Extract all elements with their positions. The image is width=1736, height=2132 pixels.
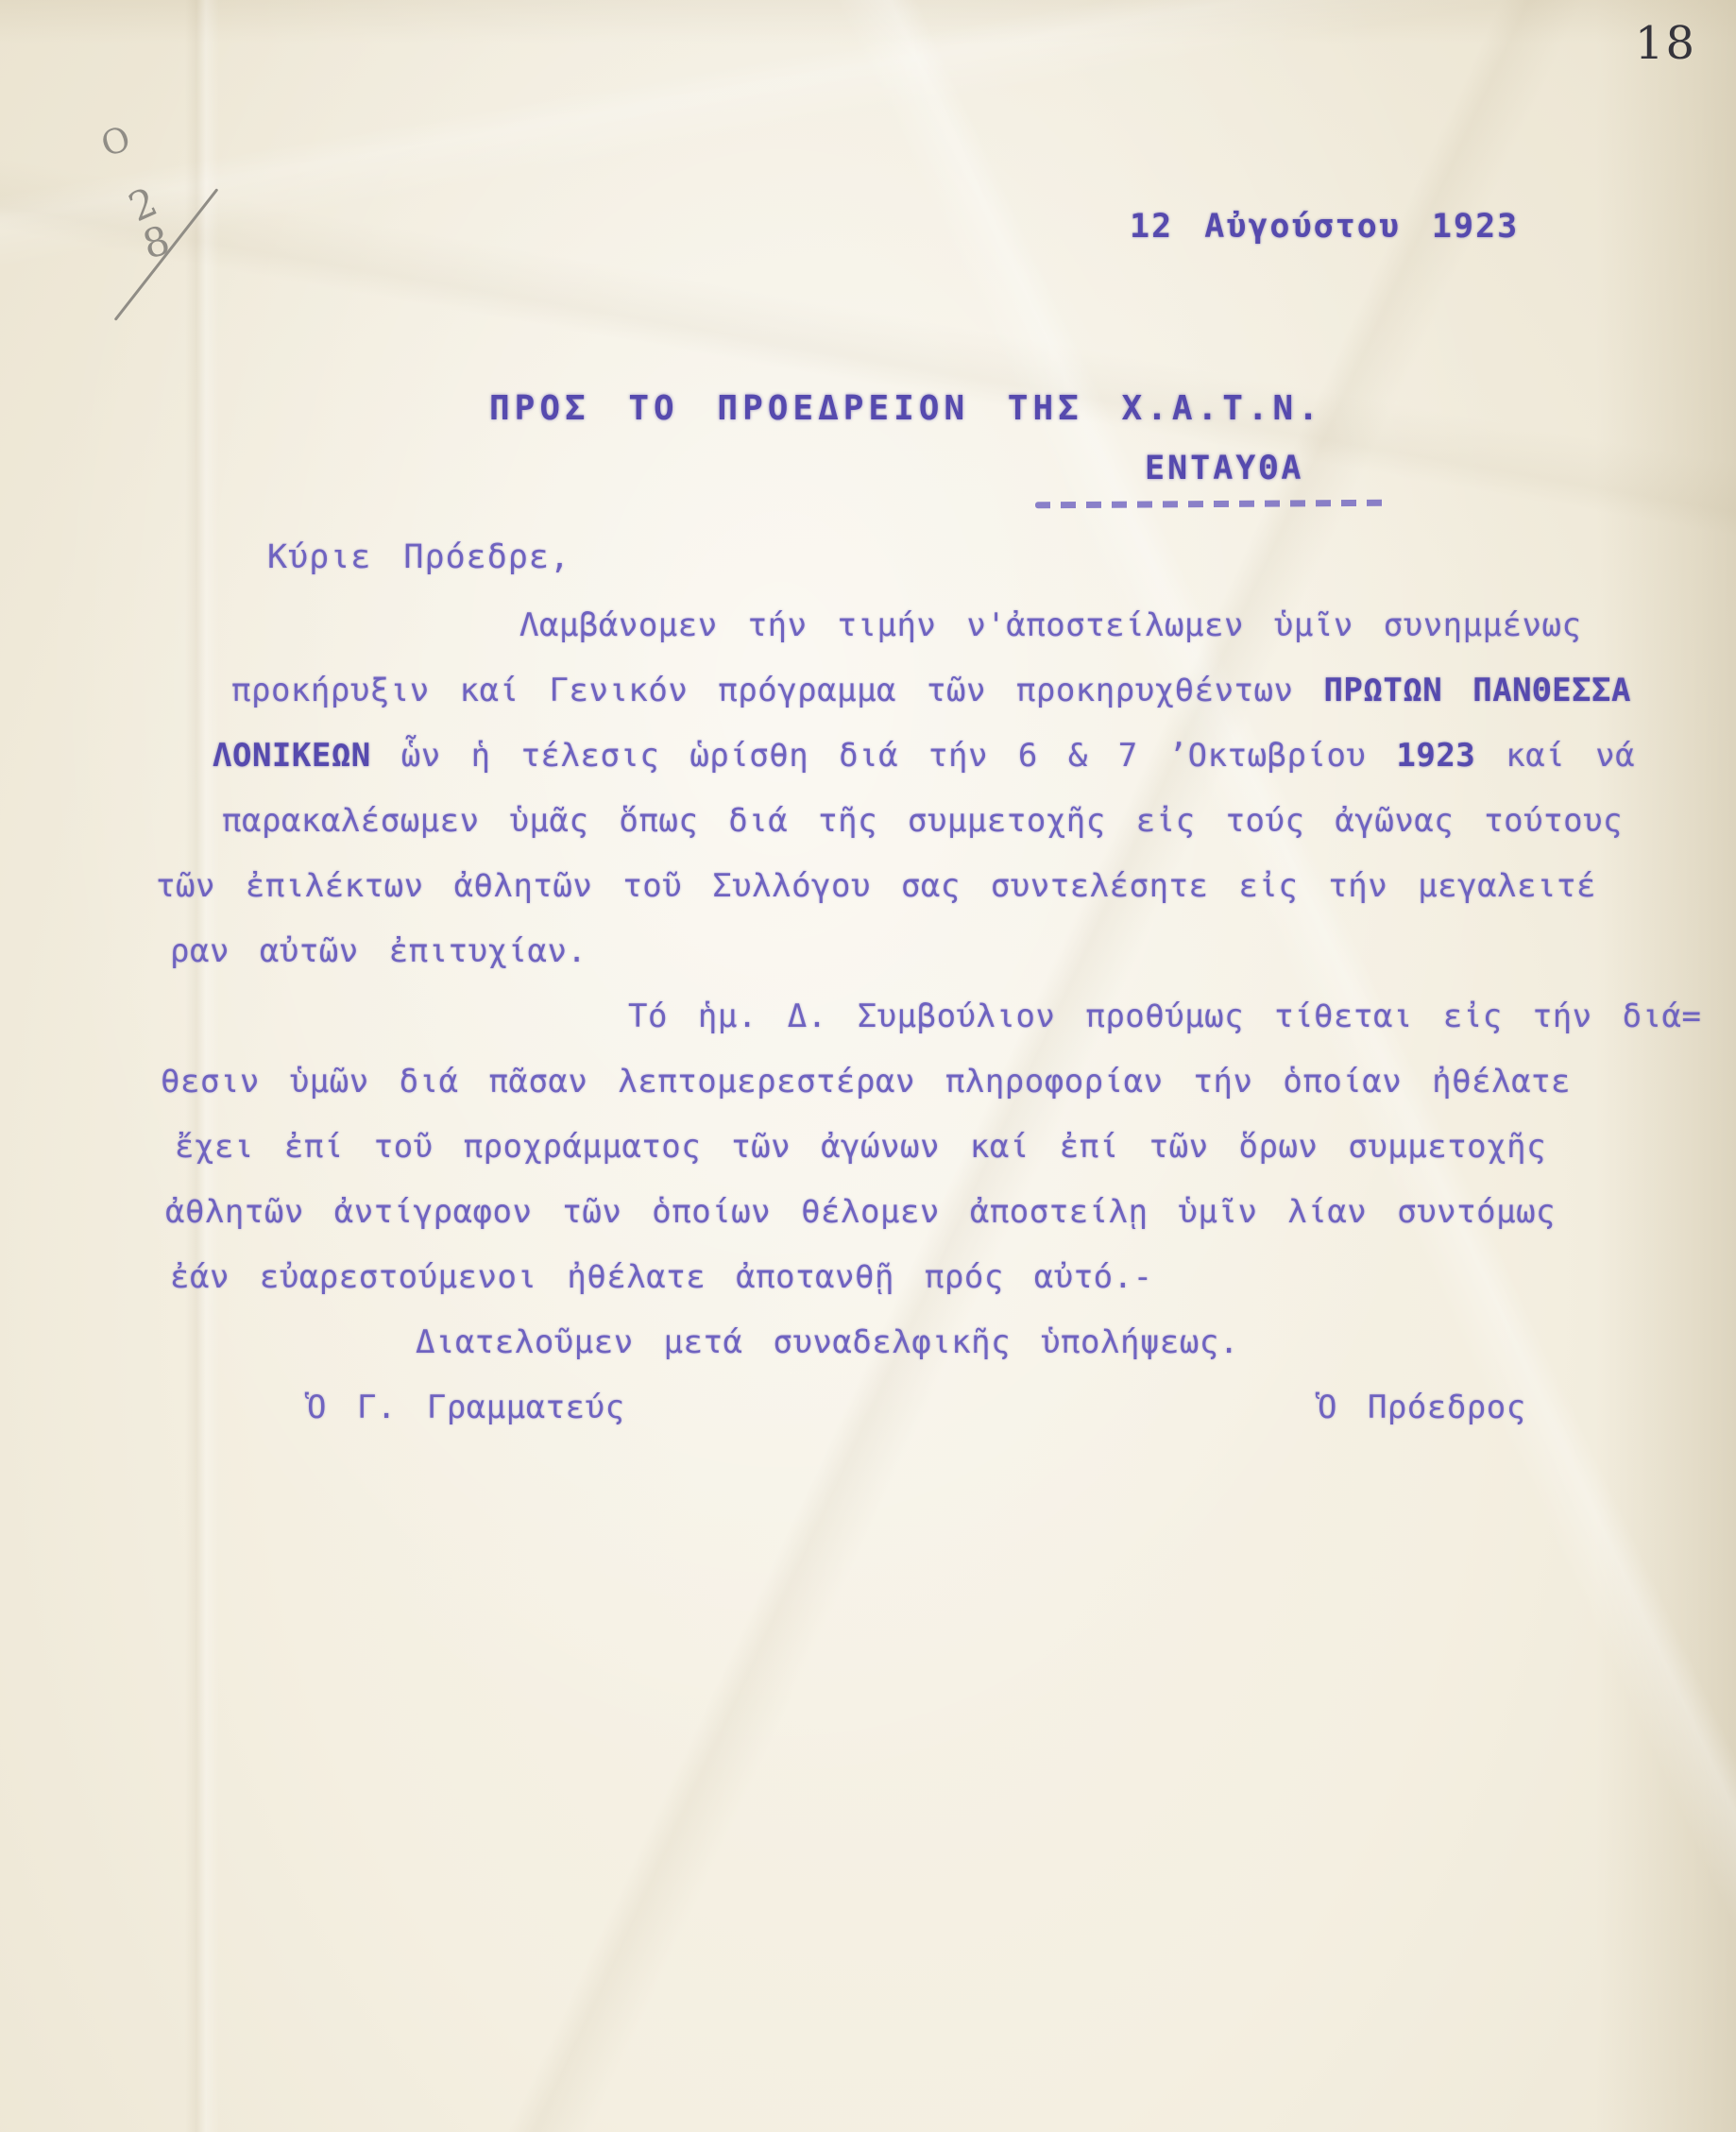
body-line-1: Λαμβάνομεν τήν τιμήν ν'ἀποστείλωμεν ὑμῖν…: [519, 606, 1691, 672]
recipient-line: ΠΡΟΣ ΤΟ ΠΡΟΕΔΡΕΙΟΝ ΤΗΣ Χ.Α.Τ.Ν.: [489, 389, 1323, 428]
body-line-6: ραν αὐτῶν ἐπιτυχίαν.: [170, 932, 1691, 998]
emphasized-text: ΠΡΩΤΩΝ ΠΑΝΘΕΣΣΑ: [1323, 672, 1631, 709]
body-line-5: τῶν ἐπιλέκτων ἀθλητῶν τοῦ Συλλόγου σας σ…: [156, 867, 1691, 932]
body-line-8: θεσιν ὑμῶν διά πᾶσαν λεπτομερεστέραν πλη…: [161, 1063, 1691, 1128]
emphasized-year: 1923: [1396, 737, 1475, 775]
body-line-10: ἀθλητῶν ἀντίγραφον τῶν ὁποίων θέλομεν ἀπ…: [165, 1193, 1691, 1258]
body-line-2: προκήρυξιν καί Γενικόν πρόγραμμα τῶν προ…: [231, 672, 1691, 737]
signature-row: Ὁ Γ. Γραμματεύς Ὁ Πρόεδρος: [161, 1389, 1691, 1454]
date-line: 12 Αὐγούστου 1923: [1130, 208, 1519, 246]
signature-president: Ὁ Πρόεδρος: [1318, 1389, 1526, 1426]
body-line-11: ἐάν εὐαρεστούμενοι ἠθέλατε ἀποτανθῇ πρός…: [170, 1258, 1691, 1323]
body-line-3: ΛΟΝΙΚΕΩΝ ὧν ἡ τέλεσις ὡρίσθη διά τήν 6 &…: [213, 737, 1691, 802]
handwritten-archive-note: Ο 2 8: [76, 113, 283, 321]
signature-secretary: Ὁ Γ. Γραμματεύς: [307, 1389, 625, 1426]
letter-body: Λαμβάνομεν τήν τιμήν ν'ἀποστείλωμεν ὑμῖν…: [161, 606, 1691, 1454]
scanned-letter-page: 18 Ο 2 8 12 Αὐγούστου 1923 ΠΡΟΣ ΤΟ ΠΡΟΕΔ…: [0, 0, 1736, 2132]
page-number: 18: [1635, 17, 1696, 70]
location-line: ΕΝΤΑΥΘΑ: [1145, 450, 1304, 487]
salutation: Κύριε Πρόεδρε,: [267, 538, 570, 576]
handwritten-digit-8: 8: [138, 216, 175, 267]
body-line-9: ἔχει ἐπί τοῦ προχράμματος τῶν ἀγώνων καί…: [175, 1128, 1691, 1193]
closing-line: Διατελοῦμεν μετά συναδελφικῆς ὑπολήψεως.: [416, 1323, 1691, 1389]
emphasized-text: ΛΟΝΙΚΕΩΝ: [213, 737, 371, 775]
handwritten-letter-o: Ο: [96, 119, 135, 164]
body-line-4: παρακαλέσωμεν ὑμᾶς ὅπως διά τῆς συμμετοχ…: [222, 802, 1691, 867]
dashed-underline: [1035, 500, 1387, 509]
body-line-7: Τό ἡμ. Δ. Συμβούλιον προθύμως τίθεται εἰ…: [628, 998, 1691, 1063]
